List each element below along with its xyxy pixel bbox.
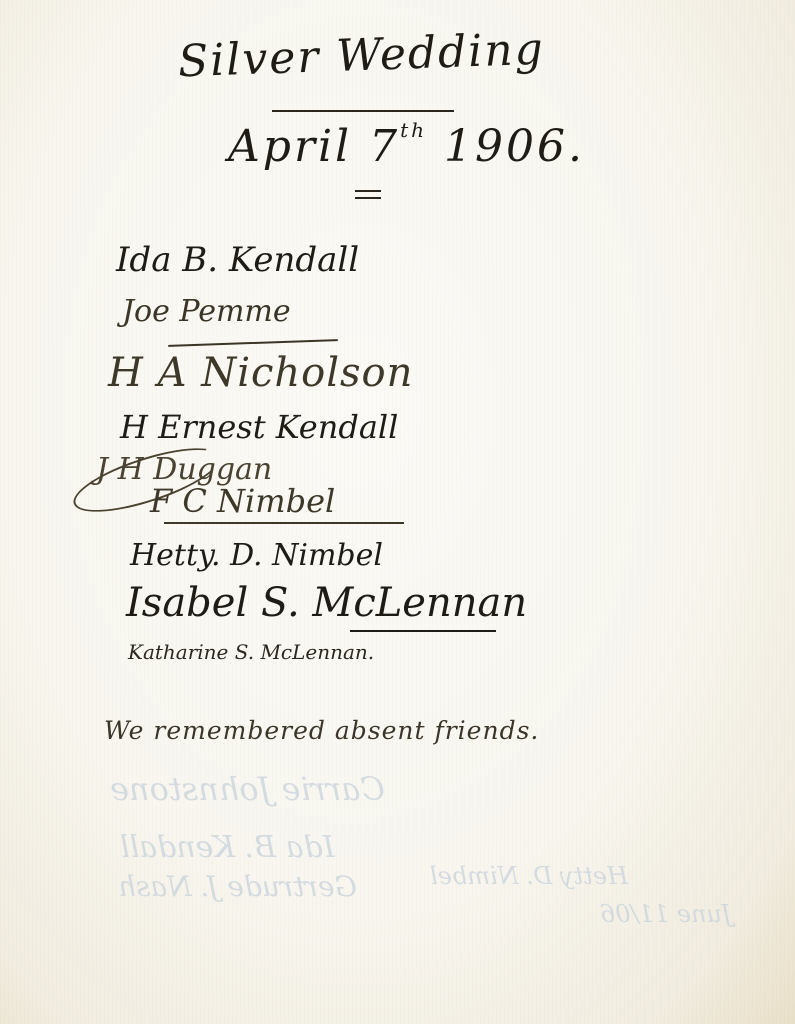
signature-underline: [350, 630, 496, 632]
signature: H Ernest Kendall: [120, 408, 398, 446]
bleed-through-text: June 11/06: [600, 900, 732, 928]
signature: Hetty. D. Nimbel: [130, 538, 383, 573]
signature: Isabel S. McLennan: [126, 580, 527, 626]
signature: Ida B. Kendall: [116, 240, 359, 280]
page-title: Silver Wedding: [177, 24, 545, 88]
date-ordinal: th: [400, 118, 427, 142]
signature: F C Nimbel: [150, 482, 335, 520]
closing-note: We remembered absent friends.: [104, 716, 539, 745]
bleed-through-text: Carrie Johnstone: [110, 770, 385, 808]
bleed-through-text: Hetty D. Nimbel: [430, 862, 628, 890]
double-rule-divider: [355, 190, 381, 199]
bleed-through-text: Gertrude J. Nash: [118, 870, 357, 903]
signature-underline: [168, 339, 338, 347]
bleed-through-text: Ida B. Kendall: [120, 830, 335, 865]
date-year: 1906.: [444, 121, 585, 172]
date-day: 7: [369, 121, 400, 172]
event-date: April 7th 1906.: [228, 118, 585, 172]
date-month: April: [228, 121, 352, 172]
signature: H A Nicholson: [108, 350, 413, 396]
signature: Katharine S. McLennan.: [128, 640, 374, 664]
guestbook-page: Carrie Johnstone Ida B. Kendall Gertrude…: [0, 0, 795, 1024]
signature-underline: [164, 522, 404, 524]
signature: Joe Pemme: [122, 294, 291, 329]
title-underline: [272, 110, 454, 112]
